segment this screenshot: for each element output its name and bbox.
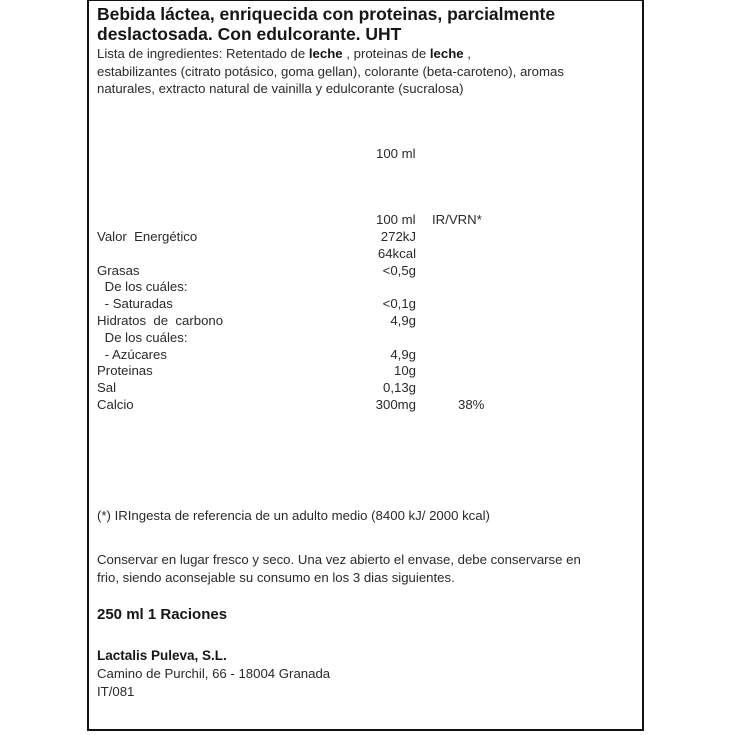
nutrient-value: <0,1g — [336, 295, 416, 312]
nutrient-value: 272kJ — [336, 228, 416, 245]
nutrient-value: 0,13g — [336, 379, 416, 396]
company-name: Lactalis Puleva, S.L. — [97, 647, 227, 664]
allergen-leche-1: leche — [309, 46, 343, 61]
nutrient-label: Valor Energético — [97, 228, 197, 245]
company-address: Camino de Purchil, 66 - 18004 Granada — [97, 665, 330, 682]
nutrient-label: De los cuáles: — [101, 329, 188, 346]
nutrient-label: Calcio — [97, 396, 134, 413]
storage-line-1: Conservar en lugar fresco y seco. Una ve… — [97, 551, 581, 568]
nutrient-value: 64kcal — [336, 245, 416, 262]
nutrient-value: <0,5g — [336, 262, 416, 279]
nutrient-value: 4,9g — [336, 312, 416, 329]
nutrient-ir-percent: 38% — [458, 396, 484, 413]
product-title-line-2: deslactosada. Con edulcorante. UHT — [97, 24, 401, 44]
nutrient-label: De los cuáles: — [101, 278, 188, 295]
ingredients-line-1: Lista de ingredientes: Retentado de lech… — [97, 45, 471, 62]
portion-header: 100 ml — [376, 145, 416, 162]
ingredients-suffix: , — [464, 46, 471, 61]
nutrient-label: Hidratos de carbono — [97, 312, 223, 329]
ingredients-line-2: estabilizantes (citrato potásico, goma g… — [97, 63, 564, 80]
servings-info: 250 ml 1 Raciones — [97, 606, 227, 624]
ingredients-line-3: naturales, extracto natural de vainilla … — [97, 80, 464, 97]
ingredients-prefix: Lista de ingredientes: Retentado de — [97, 46, 309, 61]
nutrient-label: Proteinas — [97, 362, 153, 379]
allergen-leche-2: leche — [430, 46, 464, 61]
nutrient-value: 10g — [336, 362, 416, 379]
nutrient-value: 4,9g — [336, 346, 416, 363]
nutrient-label: - Azúcares — [101, 346, 167, 363]
nutrient-value: 300mg — [336, 396, 416, 413]
product-title-line-1: Bebida láctea, enriquecida con proteinas… — [97, 4, 555, 24]
nutrient-label: - Saturadas — [101, 295, 173, 312]
column-header-portion: 100 ml — [376, 211, 416, 228]
storage-line-2: frio, siendo aconsejable su consumo en l… — [97, 569, 455, 586]
nutrient-label: Grasas — [97, 262, 140, 279]
ir-footnote: (*) IRIngesta de referencia de un adulto… — [97, 507, 490, 524]
registry-code: IT/081 — [97, 683, 134, 700]
nutrient-label: Sal — [97, 379, 116, 396]
ingredients-middle: , proteinas de — [343, 46, 430, 61]
column-header-ir-vrn: IR/VRN* — [432, 211, 482, 228]
